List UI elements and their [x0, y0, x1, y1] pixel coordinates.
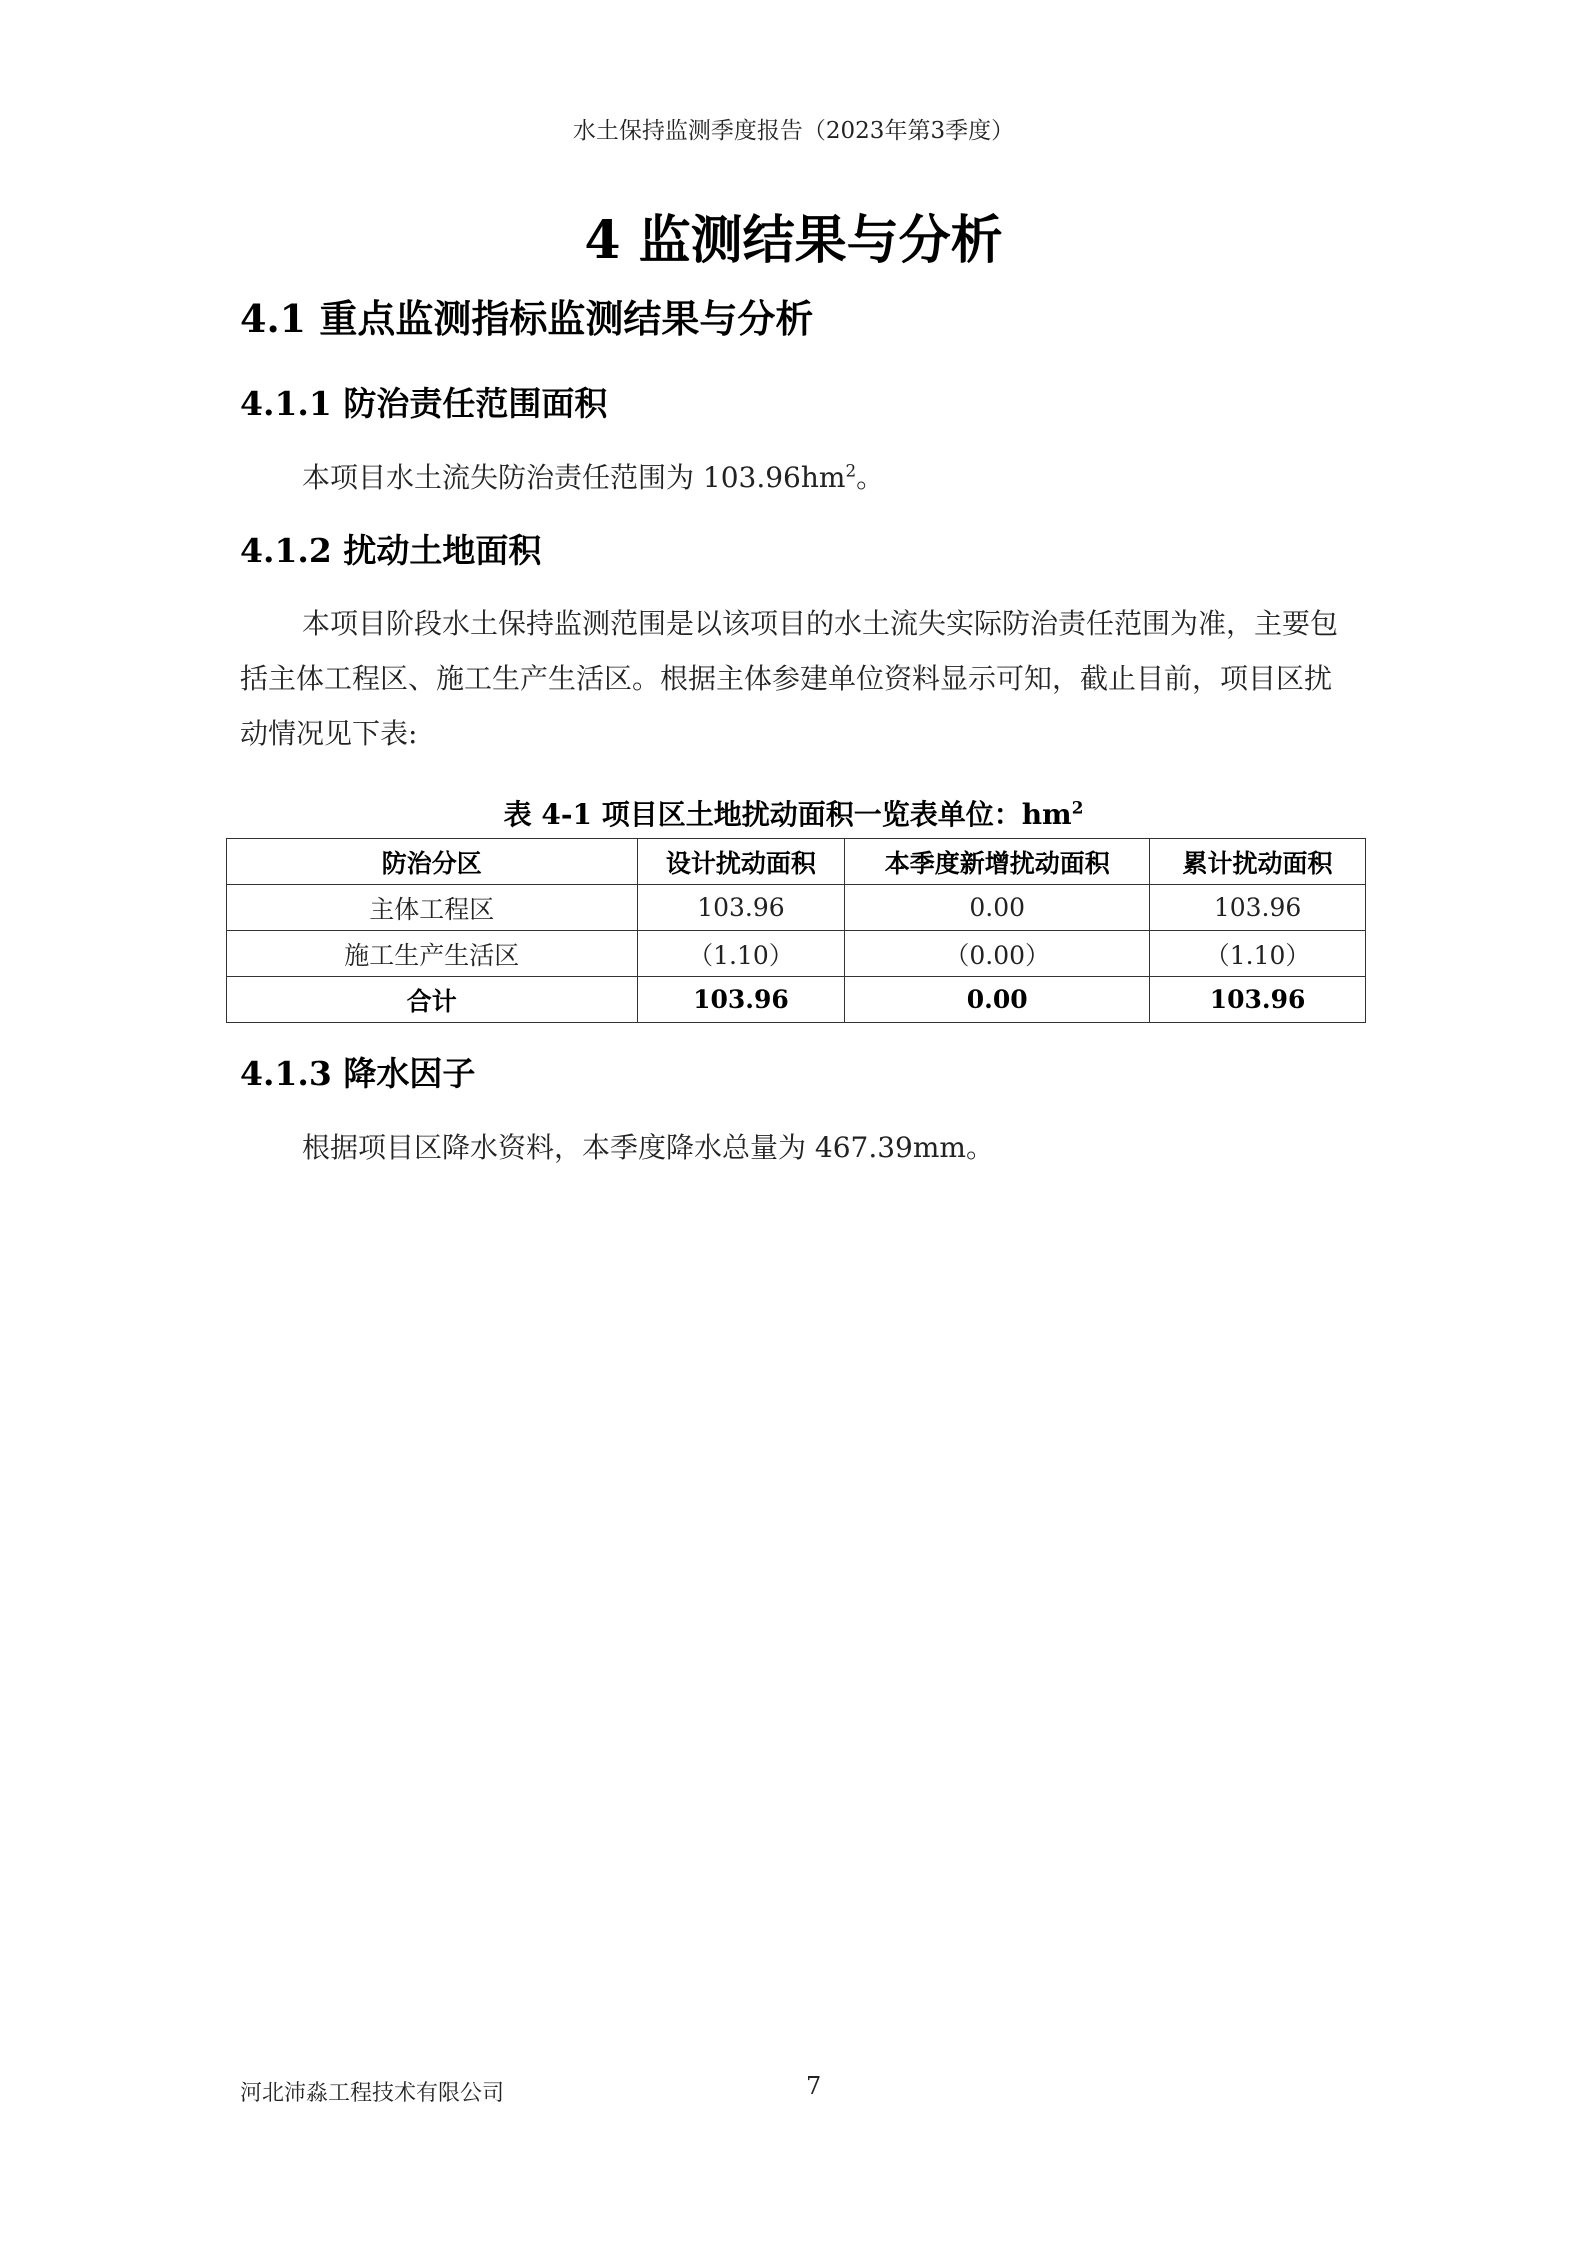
- footer-company: 河北沛淼工程技术有限公司: [240, 2076, 504, 2107]
- table-cell: 103.96: [637, 977, 845, 1023]
- table-cell: 主体工程区: [227, 885, 638, 931]
- table-cell: 0.00: [845, 885, 1150, 931]
- table-cell: 施工生产生活区: [227, 931, 638, 977]
- paragraph-precipitation: 根据项目区降水资料，本季度降水总量为 467.39mm。: [240, 1120, 1352, 1175]
- paragraph-text: 本项目水土流失防治责任范围为 103.96hm: [302, 461, 845, 494]
- paragraph-disturbed-land: 本项目阶段水土保持监测范围是以该项目的水土流失实际防治责任范围为准，主要包括主体…: [240, 596, 1352, 761]
- header-cell: 设计扰动面积: [637, 839, 845, 885]
- table-row: 施工生产生活区 （1.10） （0.00） （1.10）: [227, 931, 1366, 977]
- caption-superscript: 2: [1072, 798, 1084, 818]
- section-heading-4-1-2: 4.1.2 扰动土地面积: [240, 525, 541, 572]
- section-heading-4-1-3: 4.1.3 降水因子: [240, 1048, 475, 1095]
- table-cell: 0.00: [845, 977, 1150, 1023]
- table-header-row: 防治分区 设计扰动面积 本季度新增扰动面积 累计扰动面积: [227, 839, 1366, 885]
- table-cell: （1.10）: [637, 931, 845, 977]
- table-caption: 表 4-1 项目区土地扰动面积一览表单位：hm2: [0, 793, 1587, 833]
- page-number: 7: [806, 2072, 821, 2100]
- header-cell: 防治分区: [227, 839, 638, 885]
- paragraph-responsibility-area: 本项目水土流失防治责任范围为 103.96hm2。: [240, 450, 1352, 505]
- header-cell: 累计扰动面积: [1150, 839, 1366, 885]
- header-cell: 本季度新增扰动面积: [845, 839, 1150, 885]
- disturbed-area-table: 防治分区 设计扰动面积 本季度新增扰动面积 累计扰动面积 主体工程区 103.9…: [226, 838, 1366, 1023]
- section-heading-4-1: 4.1 重点监测指标监测结果与分析: [240, 288, 813, 343]
- table-cell: 合计: [227, 977, 638, 1023]
- chapter-title: 4 监测结果与分析: [0, 198, 1587, 273]
- section-heading-4-1-1: 4.1.1 防治责任范围面积: [240, 378, 607, 425]
- paragraph-text-end: 。: [856, 461, 884, 494]
- table-cell: （0.00）: [845, 931, 1150, 977]
- superscript: 2: [845, 461, 856, 481]
- table-cell: 103.96: [1150, 977, 1366, 1023]
- table-total-row: 合计 103.96 0.00 103.96: [227, 977, 1366, 1023]
- table-row: 主体工程区 103.96 0.00 103.96: [227, 885, 1366, 931]
- table-cell: 103.96: [637, 885, 845, 931]
- table-cell: （1.10）: [1150, 931, 1366, 977]
- table-cell: 103.96: [1150, 885, 1366, 931]
- running-header: 水土保持监测季度报告（2023年第3季度）: [0, 112, 1587, 145]
- caption-text: 表 4-1 项目区土地扰动面积一览表单位：hm: [504, 798, 1072, 831]
